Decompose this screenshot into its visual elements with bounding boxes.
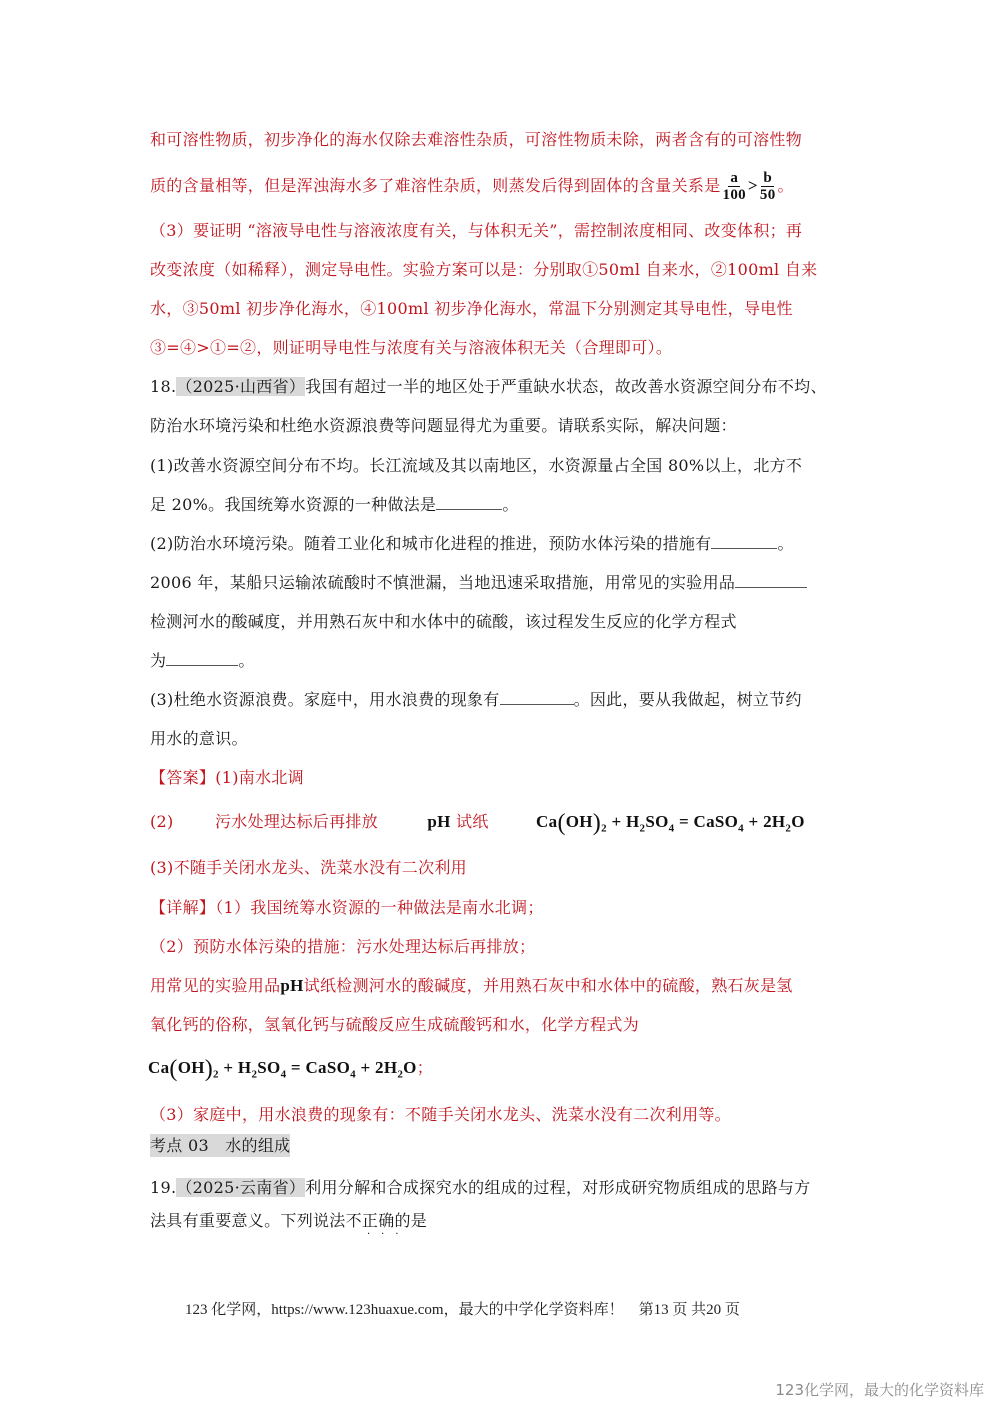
explain-line: 改变浓度（如稀释），测定导电性。实验方案可以是：分别取①50ml 自来水，②10…	[150, 260, 817, 280]
explain-text: 用常见的实验用品	[150, 976, 280, 995]
semicolon: ；	[417, 1058, 433, 1077]
explain-line: ③=④>①=②，则证明导电性与浓度有关与溶液体积无关（合理即可）。	[150, 338, 672, 358]
question-text: 足 20%。我国统筹水资源的一种做法是	[150, 495, 436, 514]
answer-text: 试纸	[451, 812, 489, 831]
chemical-equation: Ca(OH)2 + H2SO4 = CaSO4 + 2H2O	[148, 1058, 417, 1077]
explain-line: 用常见的实验用品pH试纸检测河水的酸碱度，并用熟石灰中和水体中的硫酸，熟石灰是氢	[150, 976, 793, 996]
explain-line: （3）要证明 “溶液导电性与溶液浓度有关，与体积无关”，需控制浓度相同、改变体积…	[150, 221, 802, 241]
greater-than: >	[748, 176, 758, 195]
question-text: (2)防治水环境污染。随着工业化和城市化进程的推进，预防水体污染的措施有	[150, 534, 711, 553]
question-source: （2025·云南省）	[176, 1178, 305, 1197]
answer-blank	[500, 690, 574, 705]
answer-blank	[711, 534, 777, 549]
explain-line: 水，③50ml 初步净化海水，④100ml 初步净化海水，常温下分别测定其导电性…	[150, 299, 793, 319]
question-text: (3)杜绝水资源浪费。家庭中，用水浪费的现象有	[150, 690, 500, 709]
period: 。	[777, 534, 793, 553]
explain-label: 【详解】	[150, 898, 215, 917]
question-number: 19.	[150, 1178, 176, 1197]
watermark: 123化学网，最大的化学资料库	[775, 1379, 984, 1400]
question-text: 防治水环境污染和杜绝水资源浪费等问题显得尤为重要。请联系实际，解决问题：	[150, 416, 737, 436]
emphasis-dots: ···	[367, 1229, 410, 1240]
sub-question-1: (1)改善水资源空间分布不均。长江流域及其以南地区，水资源量占全国 80%以上，…	[150, 456, 802, 476]
question-19-stem: 19.（2025·云南省）利用分解和合成探究水的组成的过程，对形成研究物质组成的…	[150, 1178, 810, 1198]
explain-text: 试纸检测河水的酸碱度，并用熟石灰中和水体中的硫酸，熟石灰是氢	[304, 976, 793, 995]
frac-den: 50	[760, 187, 776, 203]
fraction-a: a100	[723, 170, 746, 203]
answer-line: (2) 污水处理达标后再排放 pH 试纸 Ca(OH)2 + H2SO4 = C…	[150, 812, 805, 838]
section-heading: 考点 03 水的组成	[150, 1136, 290, 1156]
explain-line: Ca(OH)2 + H2SO4 = CaSO4 + 2H2O；	[150, 1058, 433, 1084]
question-text: 2006 年，某船只运输浓硫酸时不慎泄漏，当地迅速采取措施，用常见的实验用品	[150, 573, 735, 592]
answer-blank	[166, 651, 238, 666]
period: 。	[238, 651, 254, 670]
question-number: 18.	[150, 377, 176, 396]
explain-line: （2）预防水体污染的措施：污水处理达标后再排放；	[150, 937, 535, 957]
question-text: 法具有重要意义。下列说法不正确的是	[150, 1211, 427, 1231]
explain-line: （3）家庭中，用水浪费的现象有：不随手关闭水龙头、洗菜水没有二次利用等。	[150, 1105, 731, 1125]
sub-question-2: 为。	[150, 651, 255, 671]
answer-text: (1)南水北调	[215, 768, 304, 787]
question-text: 为	[150, 651, 166, 670]
sub-question-2: 2006 年，某船只运输浓硫酸时不慎泄漏，当地迅速采取措施，用常见的实验用品	[150, 573, 807, 593]
answer-text: 污水处理达标后再排放	[215, 812, 378, 831]
sub-question-2: (2)防治水环境污染。随着工业化和城市化进程的推进，预防水体污染的措施有。	[150, 534, 794, 554]
answer-label: 【答案】	[150, 768, 215, 787]
explain-line: 氧化钙的俗称，氢氧化钙与硫酸反应生成硫酸钙和水，化学方程式为	[150, 1015, 639, 1035]
explain-text: （1）我国统筹水资源的一种做法是南水北调；	[215, 898, 543, 917]
explain-text: 质的含量相等，但是浑浊海水多了难溶性杂质，则蒸发后得到固体的含量关系是	[150, 176, 721, 195]
chemical-equation: Ca(OH)2 + H2SO4 = CaSO4 + 2H2O	[536, 812, 805, 831]
explain-line: 【详解】（1）我国统筹水资源的一种做法是南水北调；	[150, 898, 544, 918]
frac-den: 100	[723, 187, 746, 203]
fraction-b: b50	[760, 170, 776, 203]
ph-text: pH	[427, 812, 450, 831]
section-title: 考点 03 水的组成	[150, 1134, 290, 1157]
sub-question-3: 用水的意识。	[150, 729, 248, 749]
page-footer: 123 化学网，https://www.123huaxue.com，最大的中学化…	[185, 1298, 740, 1319]
answer-blank	[436, 495, 502, 510]
question-source: （2025·山西省）	[176, 377, 305, 396]
sub-question-1: 足 20%。我国统筹水资源的一种做法是。	[150, 495, 519, 515]
explain-line: 质的含量相等，但是浑浊海水多了难溶性杂质，则蒸发后得到固体的含量关系是a100>…	[150, 170, 794, 203]
answer-line: 【答案】(1)南水北调	[150, 768, 304, 788]
question-text: 。因此，要从我做起，树立节约	[574, 690, 802, 709]
answer-label: (2)	[150, 812, 174, 831]
sub-question-3: (3)杜绝水资源浪费。家庭中，用水浪费的现象有。因此，要从我做起，树立节约	[150, 690, 802, 710]
frac-num: a	[728, 170, 740, 187]
ph-text: pH	[280, 976, 303, 995]
question-text: 我国有超过一半的地区处于严重缺水状态，故改善水资源空间分布不均、	[305, 377, 827, 396]
question-18-stem: 18.（2025·山西省）我国有超过一半的地区处于严重缺水状态，故改善水资源空间…	[150, 377, 827, 397]
sub-question-2: 检测河水的酸碱度，并用熟石灰中和水体中的硫酸，该过程发生反应的化学方程式	[150, 612, 737, 632]
frac-num: b	[761, 170, 774, 187]
answer-line: (3)不随手关闭水龙头、洗菜水没有二次利用	[150, 858, 467, 878]
period: 。	[778, 176, 794, 195]
explain-line: 和可溶性物质，初步净化的海水仅除去难溶性杂质，可溶性物质未除，两者含有的可溶性物	[150, 130, 802, 150]
period: 。	[502, 495, 518, 514]
question-text: 利用分解和合成探究水的组成的过程，对形成研究物质组成的思路与方	[305, 1178, 810, 1197]
answer-blank	[735, 573, 807, 588]
